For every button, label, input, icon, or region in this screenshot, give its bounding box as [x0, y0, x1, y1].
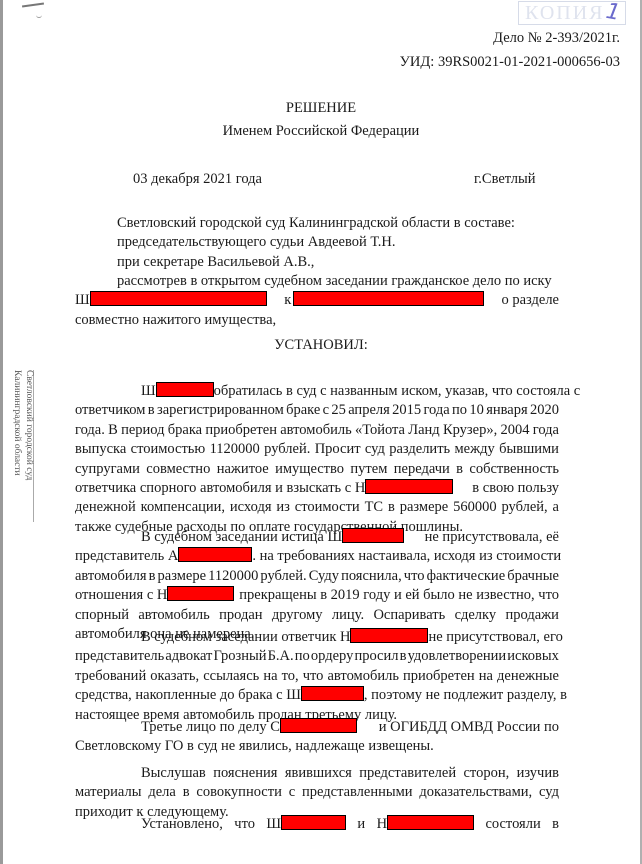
redaction: [167, 586, 234, 601]
text-line: года.Впериодбракаприобретенавтомобиль«То…: [75, 421, 559, 440]
redaction: [281, 815, 346, 830]
text: В судебном заседании истица Ш: [141, 529, 342, 545]
decision-city: г.Светлый: [474, 171, 536, 188]
text-line: материалыделавсовокупностиспредставленны…: [75, 783, 559, 802]
word: брачные: [507, 567, 559, 586]
word: что: [404, 567, 425, 586]
word: автомобиля: [75, 567, 147, 586]
word: 2015: [392, 401, 421, 420]
word: представленными: [302, 783, 413, 802]
word: приобретен: [403, 667, 475, 686]
text-line: средства, накопленные до брака с Ш, поэт…: [75, 686, 559, 705]
word: браке: [286, 401, 320, 420]
text: отношения с Н: [75, 587, 167, 603]
text-line: совместно нажитого имущества,: [75, 311, 559, 330]
word: супругами: [75, 460, 140, 479]
case-uid: УИД: 39RS0021-01-2021-000656-03: [400, 54, 620, 71]
paragraph-third-party: Третье лицо по делу С и ОГИБДД ОМВД Росс…: [75, 718, 559, 757]
redaction: [156, 382, 214, 397]
text-line: представитель А. на требованиях настаива…: [75, 547, 559, 566]
word: автомобиль: [328, 667, 399, 686]
word: на: [263, 667, 277, 686]
word: приобретен: [205, 421, 277, 440]
text: о разделе: [501, 291, 559, 310]
text-line: Светловскому ГО в суд не явились, надлеж…: [75, 737, 559, 756]
word: стоимостью: [131, 440, 206, 459]
word: ТС: [365, 498, 384, 517]
word: исковых: [507, 647, 559, 666]
word: 10: [469, 401, 484, 420]
document-page: КОПИЯ 1 Дело № 2-393/2021г. УИД: 39RS002…: [0, 0, 642, 864]
word: продан: [219, 606, 262, 625]
word: то,: [282, 667, 299, 686]
word: Суду: [309, 567, 339, 586]
court-line: Светловский городской суд Калининградско…: [117, 214, 515, 233]
side-stamp-line: Калининградской области: [12, 370, 22, 476]
redaction: [178, 547, 252, 562]
word: совместно: [146, 460, 210, 479]
court-side-stamp: Светловский городской суд Калининградско…: [22, 370, 36, 510]
word: дела: [148, 783, 176, 802]
text-line: В судебном заседании истица Ш не присутс…: [75, 528, 559, 547]
word: доказательствами,: [419, 783, 532, 802]
word: января: [486, 401, 527, 420]
text: Третье лицо по делу С: [141, 719, 280, 735]
redaction: [350, 628, 428, 643]
word: В: [108, 421, 118, 440]
word: в: [400, 647, 407, 666]
pen-mark-small: [36, 13, 42, 18]
word: Крузер»,: [443, 421, 497, 440]
word: адвокат: [165, 647, 212, 666]
word: в: [183, 783, 190, 802]
text-line: Выслушавпоясненияявившихсяпредставителей…: [75, 764, 559, 783]
word: выпуска: [75, 440, 126, 459]
text-line: Третье лицо по делу С и ОГИБДД ОМВД Росс…: [75, 718, 559, 737]
text-line: спорныйавтомобильпродандругомулицу.Оспар…: [75, 606, 559, 625]
text: в: [552, 815, 559, 834]
document-subtitle: Именем Российской Федерации: [0, 123, 642, 140]
redaction: [365, 479, 453, 494]
word: 560000: [453, 498, 497, 517]
word: рублей.: [260, 567, 306, 586]
word: размере: [400, 498, 449, 517]
text: не присутствовал, его: [428, 628, 562, 647]
text: обратилась в суд с названным иском, указ…: [214, 382, 581, 401]
word: пояснения: [213, 764, 277, 783]
word: просил: [354, 647, 398, 666]
text: . на требованиях настаивала, исходя из с…: [252, 548, 561, 564]
text-line: денежнойкомпенсации,исходяизстоимостиТСв…: [75, 498, 559, 517]
text-line: отношения с Н прекращены в 2019 году и е…: [75, 586, 559, 605]
word: по: [295, 647, 310, 666]
word: передачи: [394, 460, 450, 479]
word: зарегистрированном: [157, 401, 284, 420]
text: средства, накопленные до брака с Ш: [75, 687, 301, 703]
word: представитель: [75, 647, 164, 666]
word: путем: [350, 460, 387, 479]
word: другому: [272, 606, 323, 625]
word: ссылаясь: [203, 667, 259, 686]
secretary-line: при секретаре Васильевой А.В.,: [117, 253, 515, 272]
word: денежной: [75, 498, 136, 517]
text: не присутствовала, её: [425, 528, 559, 547]
word: требований: [75, 667, 146, 686]
paragraph-established: Установлено, что Ш и Н состояли в: [75, 815, 559, 834]
word: 2004: [501, 421, 530, 440]
word: стоимости: [295, 498, 360, 517]
word: рублей,: [501, 498, 547, 517]
word: размере: [158, 567, 207, 586]
redaction: [301, 686, 364, 701]
word: что: [303, 667, 324, 686]
word: материалы: [75, 783, 141, 802]
redaction: [387, 815, 474, 830]
word: сторон,: [463, 764, 509, 783]
word: пояснила,: [341, 567, 402, 586]
text: В судебном заседании ответчик Н: [141, 629, 350, 645]
word: явившихся: [285, 764, 352, 783]
text: в свою пользу: [472, 479, 559, 498]
word: нажитое: [217, 460, 269, 479]
word: «Тойота: [355, 421, 405, 440]
paragraph-plaintiff: В судебном заседании истица Ш не присутс…: [75, 528, 559, 644]
text-line: Ш к Н о разделе: [75, 291, 559, 310]
word: в: [149, 567, 156, 586]
word: Грозный: [214, 647, 267, 666]
word: продажи: [505, 606, 558, 625]
word: 2020: [530, 401, 559, 420]
section-heading: УСТАНОВИЛ:: [0, 337, 642, 354]
text-line: Ш обратилась в суд с названным иском, ук…: [75, 382, 559, 401]
word: 1120000: [210, 440, 260, 459]
word: изучив: [517, 764, 559, 783]
word: в: [148, 401, 155, 420]
word: из: [276, 498, 290, 517]
text-line: ответчикомвзарегистрированномбракес25апр…: [75, 401, 559, 420]
text: и: [357, 815, 365, 834]
word: Ланд: [408, 421, 439, 440]
redaction: [342, 528, 404, 543]
word: года: [533, 421, 559, 440]
word: с: [323, 401, 329, 420]
text: Ш: [141, 383, 156, 399]
word: бывшими: [499, 440, 559, 459]
text: , поэтому не подлежит разделу, в: [364, 687, 567, 703]
pen-mark: [22, 2, 44, 7]
word: период: [121, 421, 164, 440]
word: апреля: [348, 401, 390, 420]
side-stamp-line: Светловский городской суд: [24, 370, 34, 480]
word: удовлетворении: [408, 647, 507, 666]
text-line: требованийоказать,ссылаясьнато,чтоавтомо…: [75, 667, 559, 686]
case-number: Дело № 2-393/2021г.: [493, 30, 620, 47]
word: рублей.: [264, 440, 310, 459]
word: на: [479, 667, 493, 686]
text: и ОГИБДД ОМВД России по: [379, 718, 559, 737]
word: по: [452, 401, 467, 420]
text-line: Установлено, что Ш и Н состояли в: [75, 815, 559, 834]
word: Б.А.: [268, 647, 294, 666]
text-line: автомобилявразмере1120000рублей.Судупояс…: [75, 567, 559, 586]
text: ответчика спорного автомобиля и взыскать…: [75, 480, 365, 496]
redaction: [280, 718, 357, 733]
word: а: [553, 498, 559, 517]
word: в: [456, 460, 463, 479]
text: Установлено,: [141, 815, 223, 834]
text: Ш: [75, 292, 90, 308]
document-title: РЕШЕНИЕ: [0, 100, 642, 117]
redaction: [293, 291, 484, 306]
word: компенсации,: [141, 498, 225, 517]
text-line: супругамисовместнонажитоеимуществопутемп…: [75, 460, 559, 479]
word: представителей: [359, 764, 456, 783]
text: Н: [377, 816, 387, 832]
word: суд: [539, 783, 559, 802]
text-line: представительадвокатГрозныйБ.А.поордеруп…: [75, 647, 559, 666]
word: Выслушав: [141, 764, 206, 783]
word: между: [455, 440, 495, 459]
word: спорный: [75, 606, 129, 625]
judge-line: председательствующего судьи Авдеевой Т.Н…: [117, 233, 515, 252]
word: оказать,: [150, 667, 199, 686]
case-description: рассмотрев в открытом судебном заседании…: [75, 272, 559, 330]
word: разделить: [389, 440, 450, 459]
decision-date: 03 декабря 2021 года: [133, 171, 262, 188]
text: состояли: [485, 815, 540, 834]
word: фактические: [427, 567, 506, 586]
word: ответчиком: [75, 401, 145, 420]
text: представитель А: [75, 548, 178, 564]
paragraph-defendant: В судебном заседании ответчик Н не прису…: [75, 628, 559, 725]
text: Ш: [266, 816, 281, 832]
word: брака: [168, 421, 202, 440]
word: с: [289, 783, 295, 802]
word: исходя: [230, 498, 272, 517]
court-composition: Светловский городской суд Калининградско…: [117, 214, 515, 272]
word: собственность: [469, 460, 559, 479]
word: денежные: [497, 667, 559, 686]
word: ордеру: [311, 647, 353, 666]
text-line: ответчика спорного автомобиля и взыскать…: [75, 479, 559, 498]
word: 1120000: [208, 567, 258, 586]
text: прекращены в 2019 году и ей было не изве…: [239, 586, 559, 605]
text-line: рассмотрев в открытом судебном заседании…: [75, 272, 559, 291]
paragraph-findings: Выслушавпоясненияявившихсяпредставителей…: [75, 764, 559, 822]
word: 25: [331, 401, 346, 420]
word: в: [388, 498, 395, 517]
word: года.: [75, 421, 105, 440]
word: Оспаривать: [373, 606, 445, 625]
text-line: В судебном заседании ответчик Н не прису…: [75, 628, 559, 647]
text: рассмотрев в открытом судебном заседании…: [117, 272, 552, 291]
word: суд: [365, 440, 385, 459]
word: года: [423, 401, 449, 420]
word: автомобиль: [280, 421, 351, 440]
word: совокупности: [196, 783, 281, 802]
word: имущество: [275, 460, 344, 479]
word: автомобиль: [138, 606, 209, 625]
text: что: [234, 815, 255, 834]
word: Просит: [315, 440, 361, 459]
word: сделку: [455, 606, 497, 625]
paragraph-claim: Ш обратилась в суд с названным иском, ук…: [75, 382, 559, 537]
word: лицу.: [332, 606, 364, 625]
redaction: [90, 291, 267, 306]
text-line: выпускастоимостью1120000рублей.Проситсуд…: [75, 440, 559, 459]
